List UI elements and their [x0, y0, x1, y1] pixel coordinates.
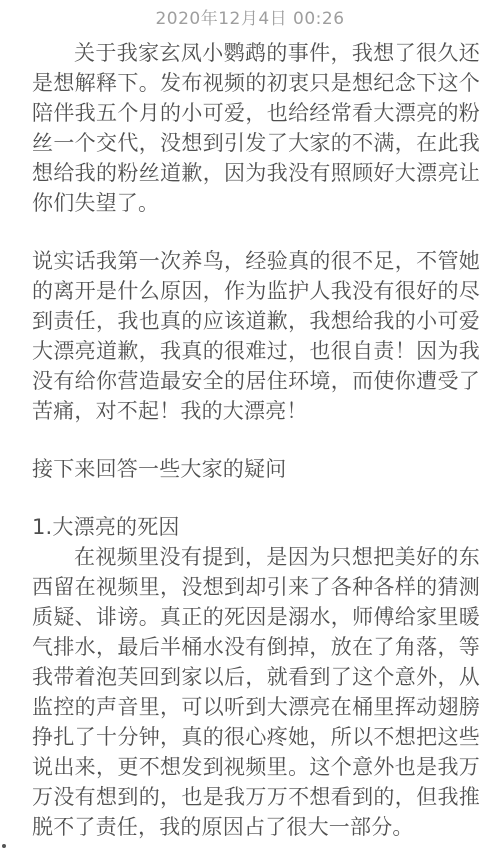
post-timestamp: 2020年12月4日 00:26 — [0, 0, 500, 30]
paragraph-qa-lead-in: 接下来回答一些大家的疑问 — [32, 454, 480, 484]
paragraph-question-1-answer: 在视频里没有提到，是因为只想把美好的东西留在视频里，没想到却引来了各种各样的猜测… — [32, 542, 480, 842]
stray-dot-mark — [2, 844, 6, 848]
paragraph-question-1-heading: 1.大漂亮的死因 — [32, 512, 480, 542]
paragraph-apology-intro: 关于我家玄凤小鹦鹉的事件，我想了很久还是想解释下。发布视频的初衷只是想纪念下这个… — [32, 38, 480, 218]
paragraph-apology-responsibility: 说实话我第一次养鸟，经验真的很不足，不管她的离开是什么原因，作为监护人我没有很好… — [32, 246, 480, 426]
post-screenshot: 2020年12月4日 00:26 关于我家玄凤小鹦鹉的事件，我想了很久还是想解释… — [0, 0, 500, 854]
post-content: 关于我家玄凤小鹦鹉的事件，我想了很久还是想解释下。发布视频的初衷只是想纪念下这个… — [0, 38, 500, 842]
